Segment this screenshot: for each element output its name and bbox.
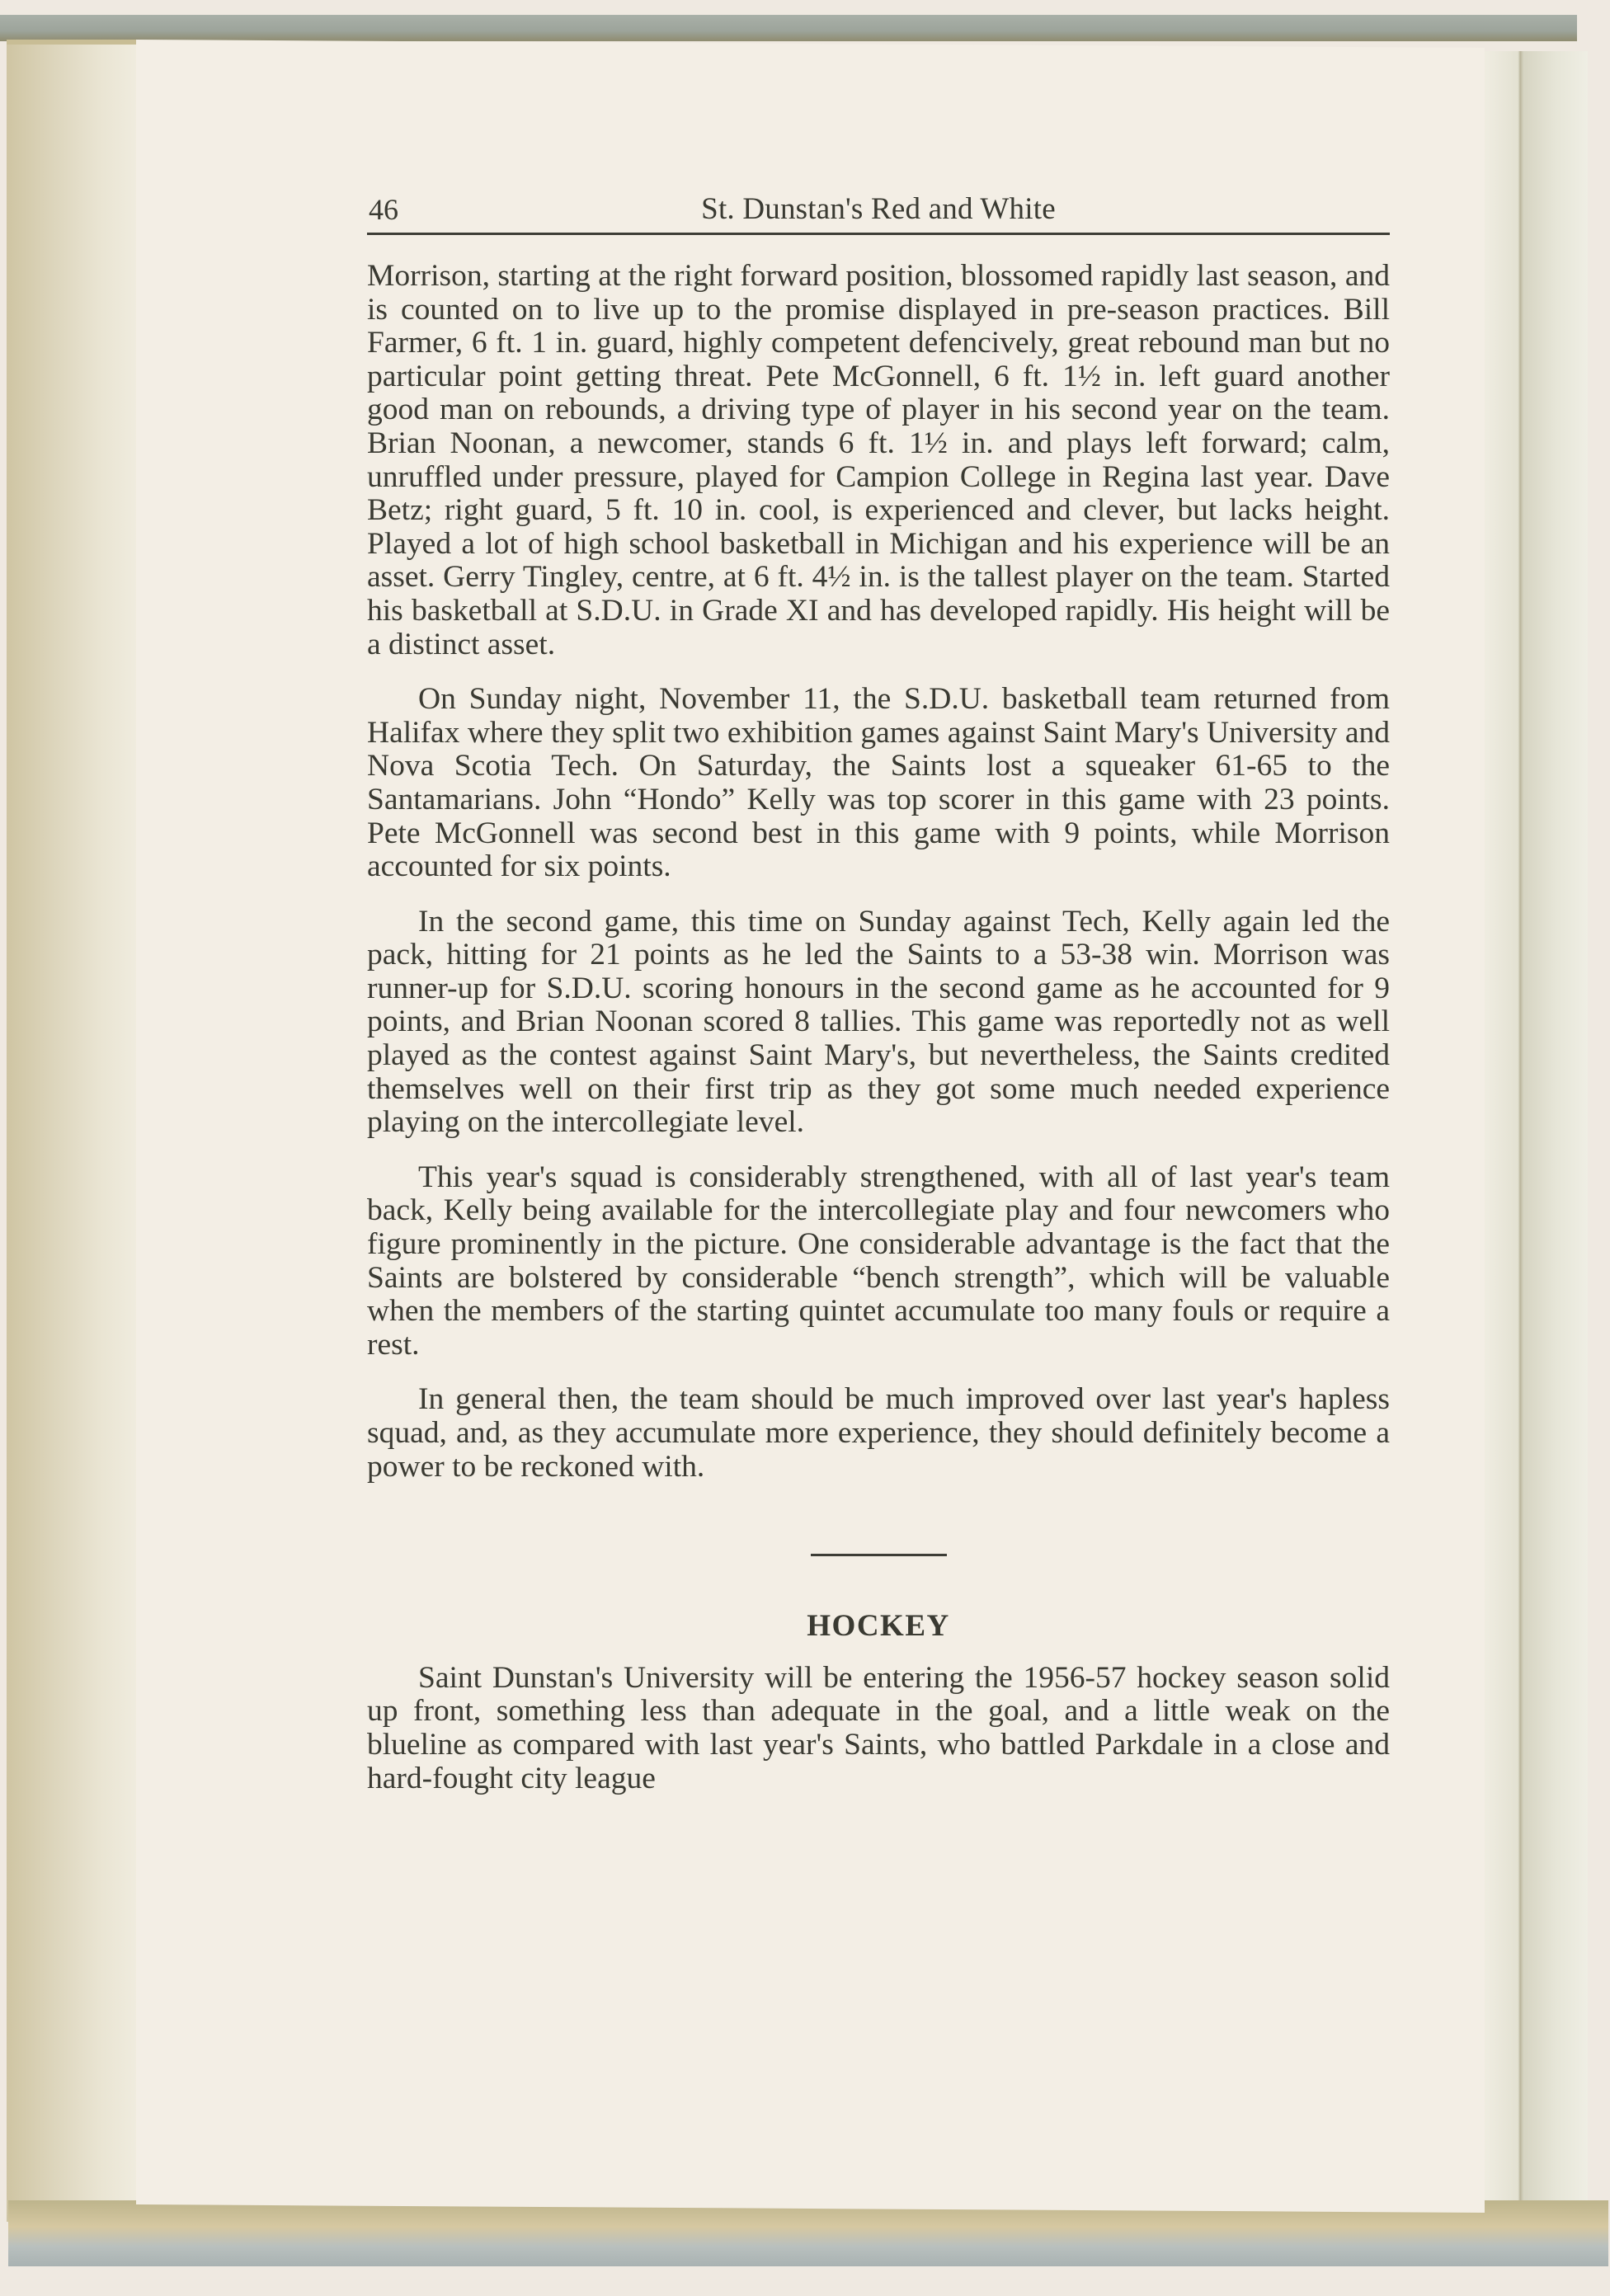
paragraph-halifax-trip: On Sunday night, November 11, the S.D.U.… [367, 683, 1390, 884]
running-header: 46 St. Dunstan's Red and White [367, 191, 1390, 235]
scanned-book-spread: 46 St. Dunstan's Red and White Morrison,… [0, 0, 1610, 2296]
paragraph-second-game: In the second game, this time on Sunday … [367, 906, 1390, 1140]
paragraph-squad-strength: This year's squad is considerably streng… [367, 1161, 1390, 1362]
page-content: 46 St. Dunstan's Red and White Morrison,… [367, 191, 1390, 1817]
book-cover-top-edge [0, 15, 1577, 41]
paragraph-hockey-intro: Saint Dunstan's University will be enter… [367, 1662, 1390, 1795]
paragraph-player-profiles: Morrison, starting at the right forward … [367, 260, 1390, 661]
right-page-stack [1481, 51, 1588, 2220]
journal-title: St. Dunstan's Red and White [367, 193, 1390, 227]
section-heading-hockey: HOCKEY [367, 1610, 1390, 1644]
basketball-article: Morrison, starting at the right forward … [367, 260, 1390, 1484]
section-divider [811, 1554, 947, 1556]
hockey-article: HOCKEY Saint Dunstan's University will b… [367, 1610, 1390, 1795]
left-page-stack [7, 40, 139, 2222]
paragraph-outlook: In general then, the team should be much… [367, 1383, 1390, 1484]
